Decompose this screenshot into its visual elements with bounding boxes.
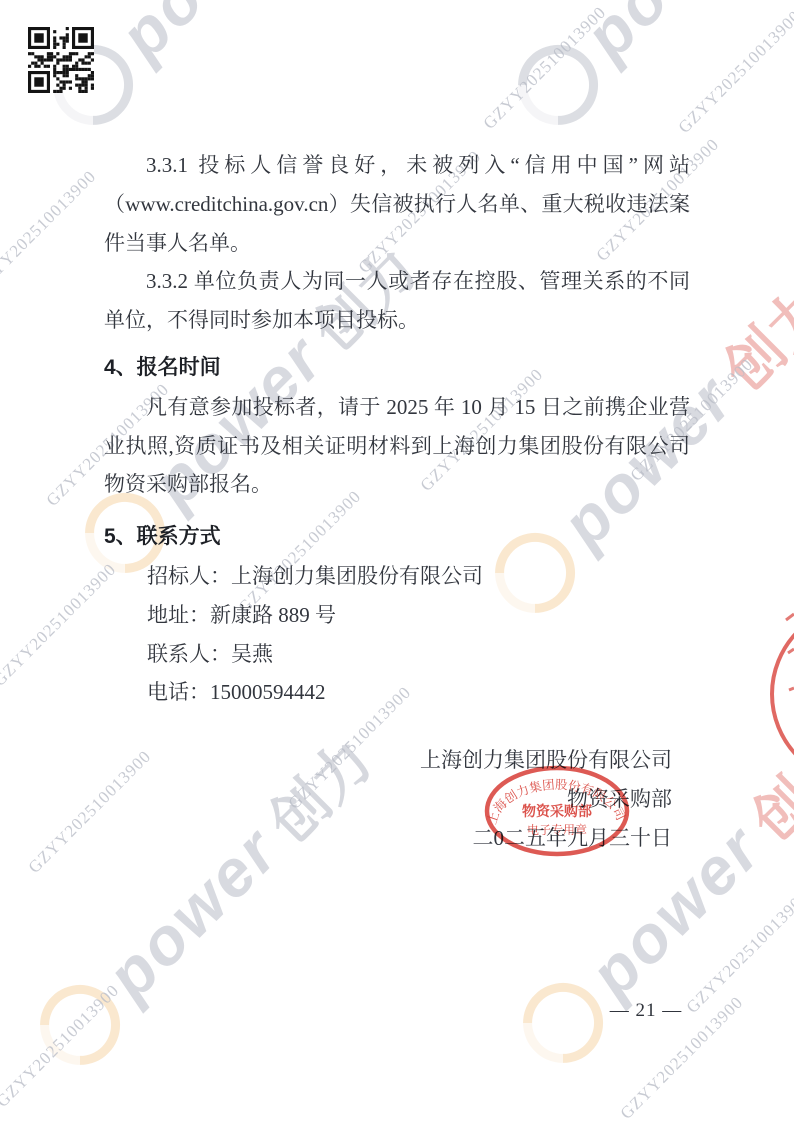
stamp-type-text: 电子专用章	[527, 822, 587, 837]
watermark-code: GZYY202510013900	[480, 3, 611, 134]
clause-3-3-1: 3.3.1 投标人信誉良好，未被列入“信用中国”网站（www.creditchi…	[104, 146, 690, 262]
stamp-department-text: 物资采购部	[522, 803, 592, 819]
brand-watermark-latin: power	[104, 0, 306, 74]
section-4-heading: 4、报名时间	[104, 349, 690, 388]
section-5-heading: 5、联系方式	[104, 518, 690, 557]
watermark-code: GZYY202510013900	[683, 887, 794, 1018]
partial-stamp-edge	[744, 598, 794, 788]
watermark-code: GZYY202510013900	[0, 560, 120, 691]
clause-3-3-2: 3.3.2 单位负责人为同一人或者存在控股、管理关系的不同单位，不得同时参加本项…	[104, 262, 690, 340]
partial-stamp-border	[772, 604, 794, 784]
power-logo-ring-icon	[23, 968, 136, 1081]
power-logo-ring-icon	[501, 28, 614, 141]
contact-phone: 电话：15000594442	[104, 673, 690, 712]
contact-bidder: 招标人：上海创力集团股份有限公司	[104, 557, 690, 596]
brand-watermark-cjk: 创力	[701, 265, 794, 406]
contact-person: 联系人：吴燕	[104, 635, 690, 674]
power-logo-ring-icon	[506, 966, 619, 1079]
contact-block: 招标人：上海创力集团股份有限公司 地址：新康路 889 号 联系人：吴燕 电话：…	[104, 557, 690, 712]
document-body: 3.3.1 投标人信誉良好，未被列入“信用中国”网站（www.creditchi…	[104, 146, 690, 858]
qr-code	[28, 27, 94, 93]
document-page: power 创力 power 创力 power 创力 power 创力 powe…	[0, 0, 794, 1123]
section-4-body: 凡有意参加投标者，请于 2025 年 10 月 15 日之前携企业营业执照,资质…	[104, 388, 690, 504]
company-stamp: 上海创力集团股份有限公司 物资采购部 电子专用章	[482, 763, 632, 859]
watermark-code: GZYY202510013900	[675, 7, 794, 138]
contact-address: 地址：新康路 889 号	[104, 596, 690, 635]
watermark-code: GZYY202510013900	[0, 167, 100, 298]
page-number: — 21 —	[594, 1000, 698, 1022]
brand-watermark: power 创力	[500, 0, 794, 143]
brand-watermark-latin: power	[569, 0, 771, 74]
watermark-code: GZYY202510013900	[0, 981, 123, 1112]
